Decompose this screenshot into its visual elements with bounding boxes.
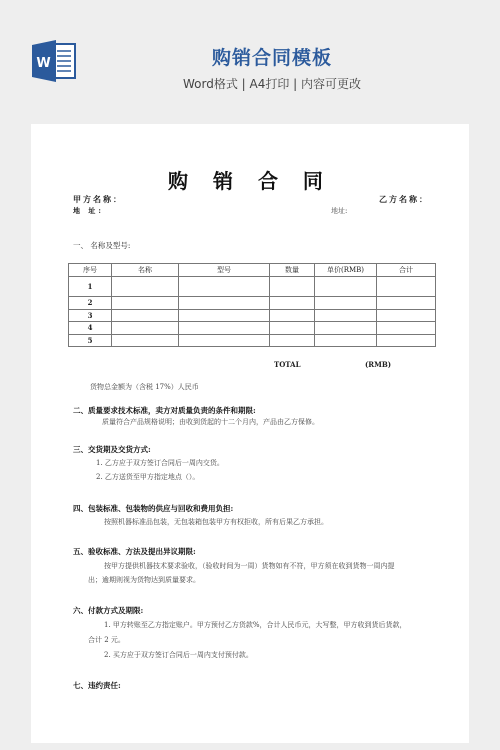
- table-cell: [377, 297, 436, 310]
- section-6-line: 2. 买方应于双方签订合同后一周内支付预付款。: [104, 650, 253, 660]
- section-5-line: 按甲方提供机器技术要求验收，（验收时间为一周）货物如有不符，甲方须在收到货物一周…: [104, 561, 395, 571]
- document-title: 购 销 合 同: [31, 165, 469, 194]
- table-cell: [315, 297, 377, 310]
- table-cell: 1: [69, 277, 112, 297]
- section-7-heading: 七、违约责任:: [73, 680, 121, 691]
- section-2-heading: 二、质量要求技术标准，卖方对质量负责的条件和期限:: [73, 405, 256, 416]
- table-cell: 2: [69, 297, 112, 310]
- table-cell: [270, 334, 315, 347]
- section-6-line: 1. 甲方转账至乙方指定账户。甲方预付乙方货款%，合计人民币元，大写整，甲方收到…: [104, 620, 407, 630]
- total-currency: (RMB): [365, 360, 391, 369]
- party-b-address-label: 地址:: [331, 206, 347, 216]
- table-cell: [377, 334, 436, 347]
- party-b-name-label: 乙方名称：: [379, 194, 429, 205]
- table-header-row: 序号 名称 型号 数量 单价(RMB) 合计: [69, 264, 436, 277]
- section-3-line: 1. 乙方应于双方签订合同后一周内交货。: [96, 458, 224, 468]
- table-cell: 5: [69, 334, 112, 347]
- table-cell: [270, 322, 315, 335]
- table-cell: [179, 277, 270, 297]
- table-cell: [179, 309, 270, 322]
- party-a-address-label: 地 址:: [73, 206, 104, 216]
- table-cell: [315, 334, 377, 347]
- table-row: 3: [69, 309, 436, 322]
- table-cell: 4: [69, 322, 112, 335]
- table-row: 1: [69, 277, 436, 297]
- table-cell: [315, 322, 377, 335]
- section-5-heading: 五、验收标准、方法及提出异议期限:: [73, 546, 196, 557]
- table-cell: [377, 309, 436, 322]
- table-row: 4: [69, 322, 436, 335]
- table-header: 名称: [112, 264, 179, 277]
- table-row: 5: [69, 334, 436, 347]
- table-header: 序号: [69, 264, 112, 277]
- document-page: 购 销 合 同 甲方名称： 地 址: 乙方名称： 地址: 一、 名称及型号: 序…: [31, 124, 469, 743]
- table-row: 2: [69, 297, 436, 310]
- table-cell: [270, 297, 315, 310]
- section-4-heading: 四、包装标准、包装物的供应与回收和费用负担:: [73, 503, 233, 514]
- template-title: 购销合同模板: [0, 43, 500, 70]
- section-1-heading: 一、 名称及型号:: [73, 240, 130, 251]
- table-cell: [179, 322, 270, 335]
- table-cell: [270, 309, 315, 322]
- table-header: 单价(RMB): [315, 264, 377, 277]
- total-label: TOTAL: [274, 360, 301, 369]
- table-cell: [112, 322, 179, 335]
- table-header: 型号: [179, 264, 270, 277]
- table-cell: [315, 309, 377, 322]
- table-cell: [179, 297, 270, 310]
- table-header: 合计: [377, 264, 436, 277]
- section-4-line: 按照机器标准品包装，无包装箱包装甲方有权拒收，所有后果乙方承担。: [104, 517, 328, 527]
- table-cell: [270, 277, 315, 297]
- section-3-heading: 三、交货期及交货方式:: [73, 444, 151, 455]
- table-cell: [315, 277, 377, 297]
- template-subtitle: Word格式 | A4打印 | 内容可更改: [0, 75, 500, 92]
- section-2-line: 质量符合产品规格说明；由收到货起的十二个月内，产品由乙方保修。: [102, 417, 319, 427]
- party-a-name-label: 甲方名称：: [73, 194, 123, 205]
- section-3-line: 2. 乙方送货至甲方指定地点（）。: [96, 472, 199, 482]
- table-cell: [112, 297, 179, 310]
- amount-line: 货物总金额为（含税 17%）人民币: [90, 382, 199, 392]
- template-banner: W 购销合同模板 Word格式 | A4打印 | 内容可更改: [0, 0, 500, 124]
- table-cell: 3: [69, 309, 112, 322]
- table-cell: [377, 322, 436, 335]
- table-cell: [112, 334, 179, 347]
- table-cell: [179, 334, 270, 347]
- section-6-line: 合计 2 元。: [88, 635, 125, 645]
- table-cell: [377, 277, 436, 297]
- table-cell: [112, 277, 179, 297]
- section-6-heading: 六、付款方式及期限:: [73, 605, 143, 616]
- table-header: 数量: [270, 264, 315, 277]
- table-cell: [112, 309, 179, 322]
- section-5-line: 出；逾期则视为货物达到质量要求。: [88, 575, 200, 585]
- product-table: 序号 名称 型号 数量 单价(RMB) 合计 1 2 3: [68, 263, 436, 347]
